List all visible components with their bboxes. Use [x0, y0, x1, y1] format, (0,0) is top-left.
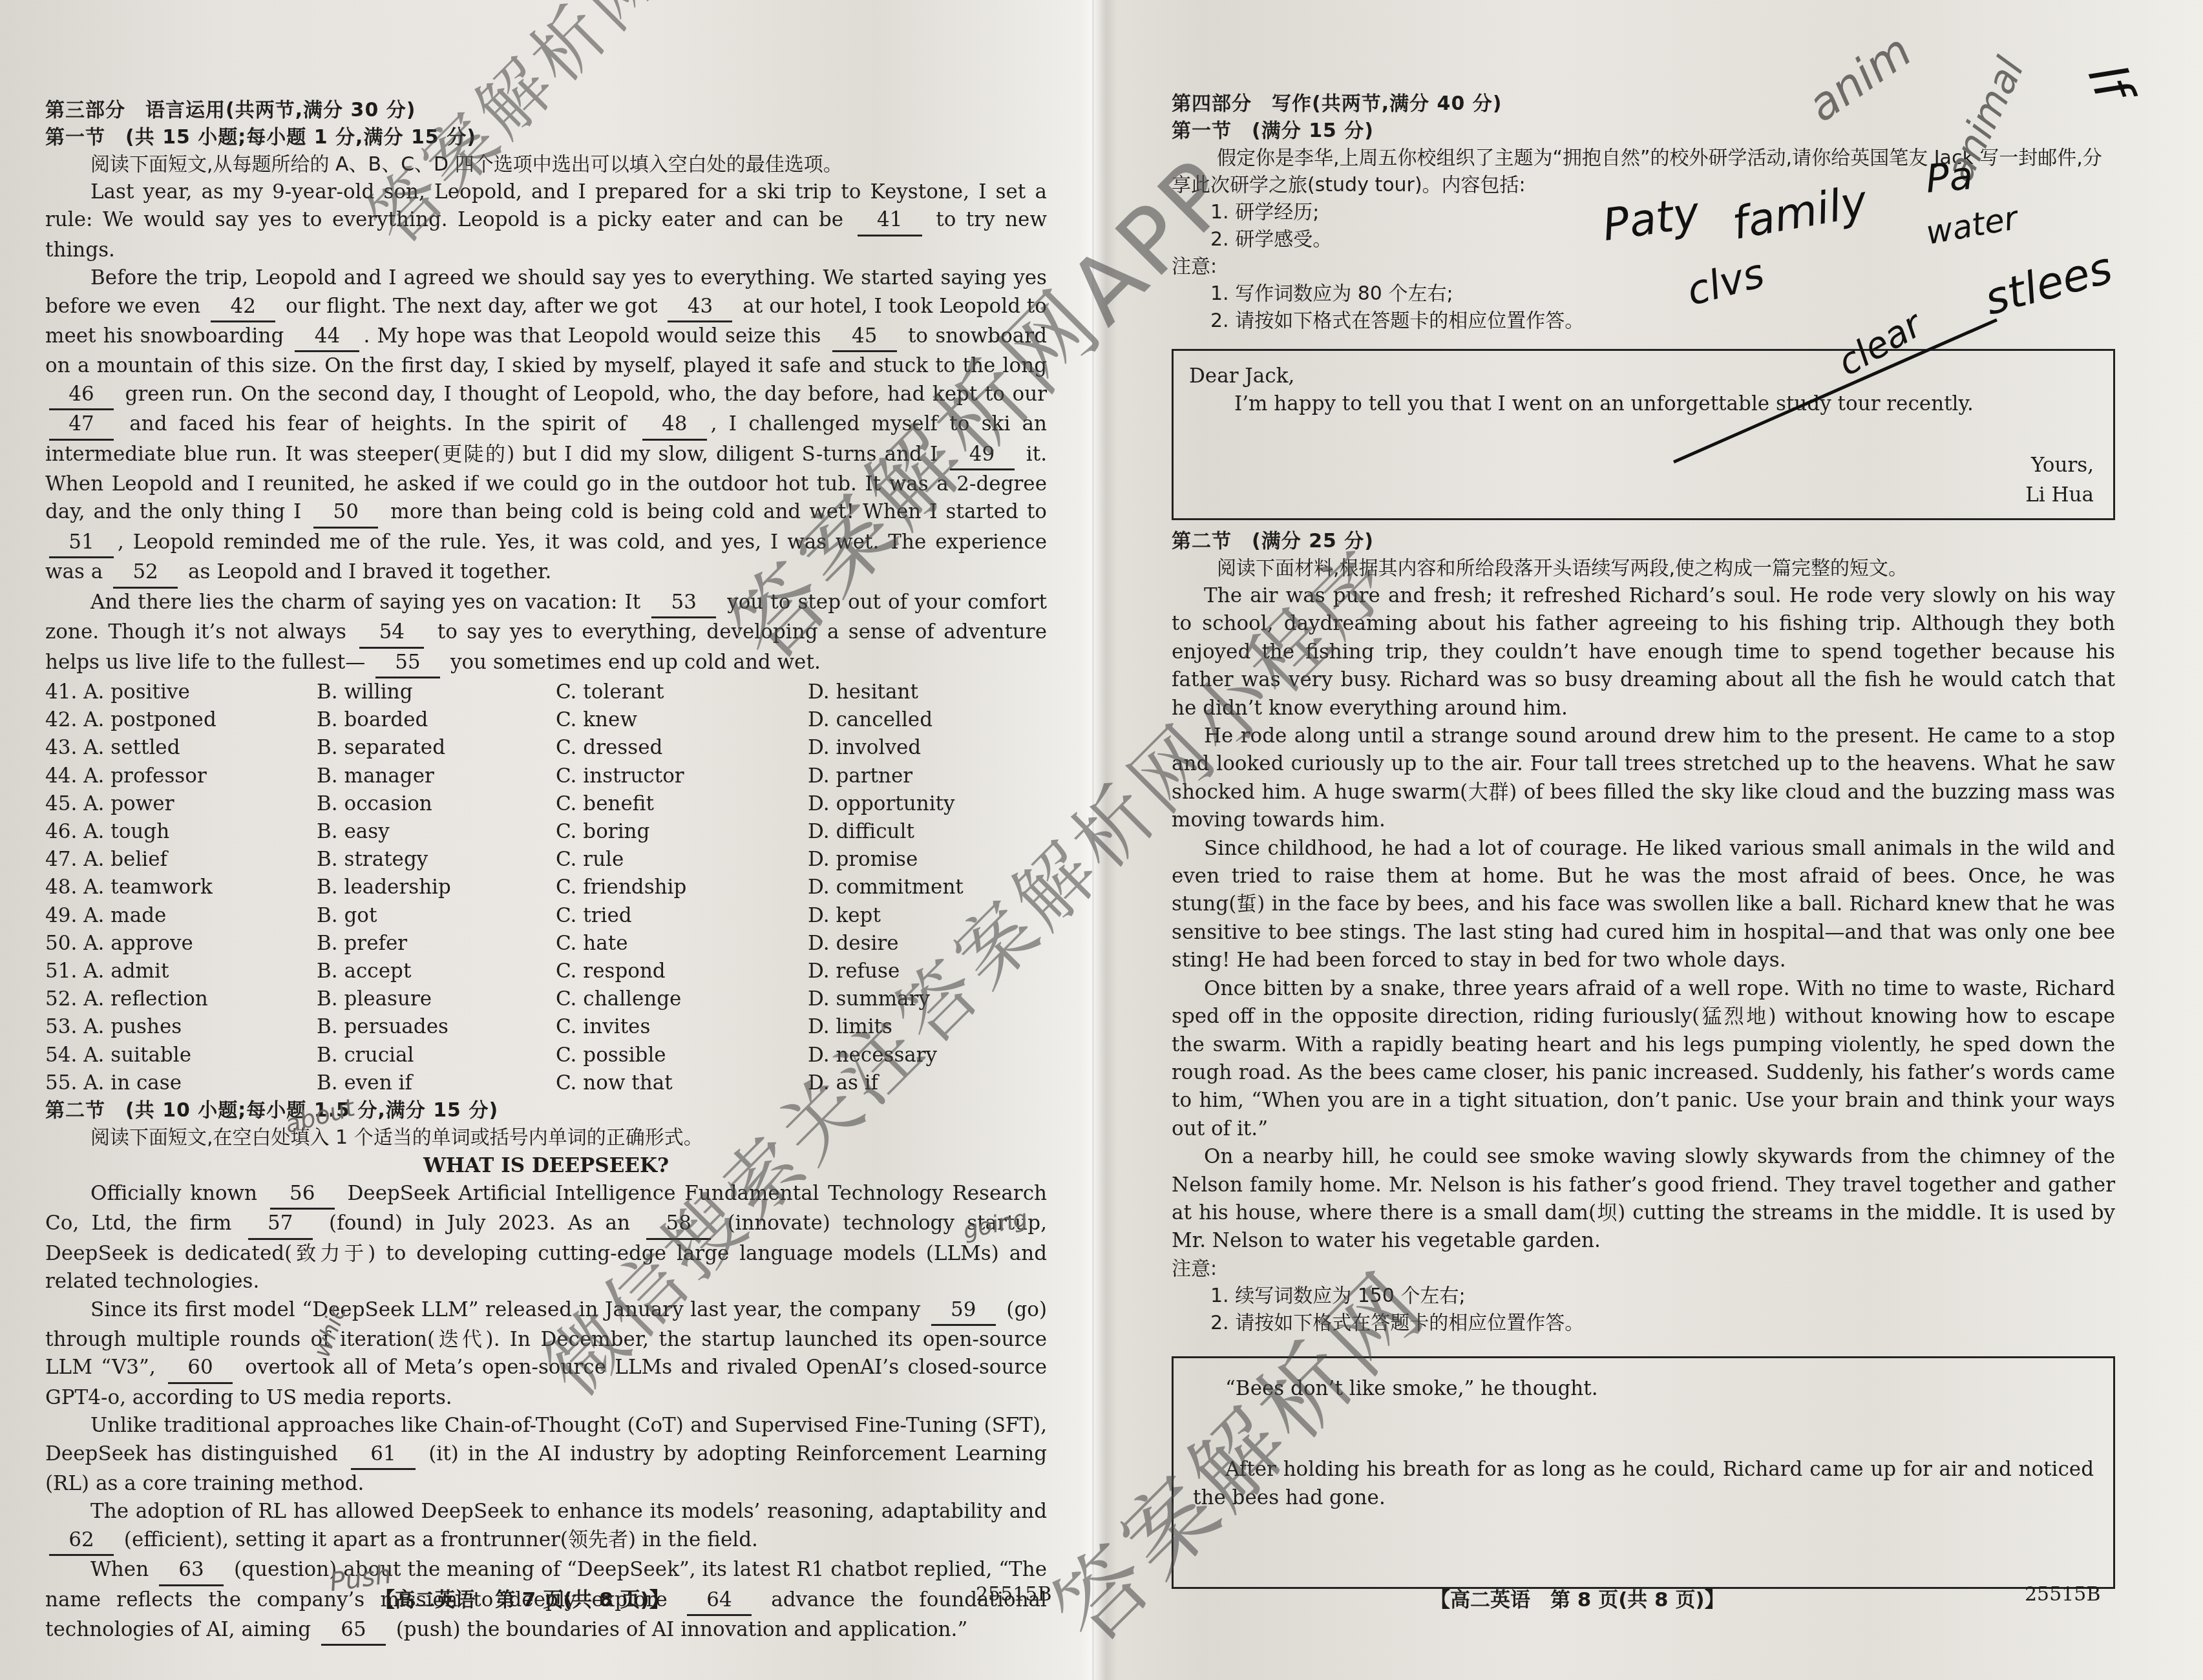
exam-page-7: 第三部分 语言运用(共两节,满分 30 分) 第一节 (共 15 小题;每小题 … [0, 0, 1092, 1680]
blank-50[interactable]: 50 [313, 498, 378, 528]
option-50-c[interactable]: C. hate [556, 930, 808, 958]
story-paragraph: The air was pure and fresh; it refreshed… [1172, 582, 2115, 722]
option-55-b[interactable]: B. even if [317, 1069, 556, 1097]
exam-page-8: 第四部分 写作(共两节,满分 40 分) 第一节 (满分 15 分) 假定你是李… [1092, 0, 2203, 1680]
passage-paragraph: Since its first model “DeepSeek LLM” rel… [45, 1296, 1047, 1412]
option-46-a[interactable]: 46. A. tough [45, 818, 317, 846]
story-paragraph: Once bitten by a snake, three years afra… [1172, 975, 2115, 1143]
option-54-b[interactable]: B. crucial [317, 1042, 556, 1069]
passage-text: Since its first model “DeepSeek LLM” rel… [90, 1298, 927, 1321]
passage-text: And there lies the charm of saying yes o… [90, 591, 648, 614]
blank-62[interactable]: 62 [49, 1526, 114, 1556]
blank-45[interactable]: 45 [832, 322, 897, 352]
passage-text: and faced his fear of heights. In the sp… [118, 412, 638, 436]
option-45-d[interactable]: D. opportunity [808, 790, 1040, 818]
option-47-d[interactable]: D. promise [808, 846, 1040, 874]
option-47-b[interactable]: B. strategy [317, 846, 556, 874]
option-53-c[interactable]: C. invites [556, 1013, 808, 1041]
option-52-d[interactable]: D. summary [808, 985, 1040, 1013]
notes-label: 注意: [1172, 253, 2145, 280]
story-passage: The air was pure and fresh; it refreshed… [1172, 582, 2115, 1255]
option-44-d[interactable]: D. partner [808, 762, 1040, 790]
option-48-a[interactable]: 48. A. teamwork [45, 874, 317, 901]
passage-paragraph: Before the trip, Leopold and I agreed we… [45, 264, 1047, 588]
continuation-para2-start: After holding his breath for as long as … [1193, 1456, 2094, 1512]
option-53-d[interactable]: D. limits [808, 1013, 1040, 1041]
blank-56[interactable]: 56 [270, 1180, 335, 1210]
blank-61[interactable]: 61 [351, 1440, 416, 1470]
blank-54[interactable]: 54 [359, 618, 424, 648]
blank-51[interactable]: 51 [49, 529, 114, 558]
passage-text: you sometimes end up cold and wet. [444, 651, 821, 674]
option-42-b[interactable]: B. boarded [317, 706, 556, 734]
page-footer: 【高二英语 第 7 页(共 8 页)】 25515B [0, 1583, 1092, 1680]
passage-text: When [90, 1558, 155, 1581]
writing-point-2: 2. 研学感受。 [1172, 226, 2145, 253]
option-51-a[interactable]: 51. A. admit [45, 958, 317, 985]
option-51-d[interactable]: D. refuse [808, 958, 1040, 985]
option-41-a[interactable]: 41. A. positive [45, 678, 317, 706]
option-43-b[interactable]: B. separated [317, 734, 556, 762]
footer-page-label: 【高二英语 第 7 页(共 8 页)】 [375, 1583, 669, 1612]
passage-text: as Leopold and I braved it together. [182, 560, 551, 583]
passage-paragraph: And there lies the charm of saying yes o… [45, 589, 1047, 678]
option-52-a[interactable]: 52. A. reflection [45, 985, 317, 1013]
blank-43[interactable]: 43 [668, 293, 732, 322]
passage-text: (efficient), setting it apart as a front… [118, 1528, 758, 1551]
option-41-c[interactable]: C. tolerant [556, 678, 808, 706]
footer-code-right: 25515B [2025, 1583, 2100, 1606]
cloze-passage: Last year, as my 9-year-old son, Leopold… [45, 178, 1047, 678]
blank-53[interactable]: 53 [651, 589, 716, 618]
blank-41[interactable]: 41 [858, 206, 922, 236]
writing-section2-heading: 第二节 (满分 25 分) [1172, 528, 2145, 555]
blank-47[interactable]: 47 [49, 410, 114, 440]
option-50-a[interactable]: 50. A. approve [45, 930, 317, 958]
continuation-answer-box: “Bees don’t like smoke,” he thought. Aft… [1172, 1356, 2115, 1589]
blank-48[interactable]: 48 [642, 410, 707, 440]
option-44-a[interactable]: 44. A. professor [45, 762, 317, 790]
blank-57[interactable]: 57 [248, 1210, 313, 1239]
option-49-c[interactable]: C. tried [556, 902, 808, 930]
option-53-a[interactable]: 53. A. pushes [45, 1013, 317, 1041]
continuation-note-2: 2. 请按如下格式在答题卡的相应位置作答。 [1172, 1310, 2145, 1337]
passage-title: WHAT IS DEEPSEEK? [45, 1151, 1047, 1180]
footer-code: 25515B [976, 1583, 1051, 1606]
story-paragraph: He rode along until a strange sound arou… [1172, 722, 2115, 835]
section1-instruction: 阅读下面短文,从每题所给的 A、B、C、D 四个选项中选出可以填入空白处的最佳选… [45, 151, 1047, 178]
option-49-b[interactable]: B. got [317, 902, 556, 930]
option-54-c[interactable]: C. possible [556, 1042, 808, 1069]
option-47-c[interactable]: C. rule [556, 846, 808, 874]
option-42-d[interactable]: D. cancelled [808, 706, 1040, 734]
notes-label-2: 注意: [1172, 1255, 2145, 1283]
passage-text: more than being cold is being cold and w… [382, 500, 1047, 523]
option-51-b[interactable]: B. accept [317, 958, 556, 985]
passage-text: Officially known [90, 1182, 266, 1205]
blank-49[interactable]: 49 [950, 441, 1015, 470]
option-48-b[interactable]: B. leadership [317, 874, 556, 901]
passage-paragraph: Officially known 56 DeepSeek Artificial … [45, 1180, 1047, 1296]
blank-55[interactable]: 55 [375, 649, 440, 678]
option-43-a[interactable]: 43. A. settled [45, 734, 317, 762]
option-48-d[interactable]: D. commitment [808, 874, 1040, 901]
option-47-a[interactable]: 47. A. belief [45, 846, 317, 874]
blank-58[interactable]: 58 [646, 1210, 711, 1239]
story-paragraph: Since childhood, he had a lot of courage… [1172, 835, 2115, 975]
passage-text: . My hope was that Leopold would seize t… [363, 324, 828, 348]
option-46-d[interactable]: D. difficult [808, 818, 1040, 846]
option-50-b[interactable]: B. prefer [317, 930, 556, 958]
continuation-para1-start: “Bees don’t like smoke,” he thought. [1193, 1375, 2094, 1403]
story-paragraph: On a nearby hill, he could see smoke wav… [1172, 1143, 2115, 1255]
blank-44[interactable]: 44 [295, 322, 359, 352]
option-44-c[interactable]: C. instructor [556, 762, 808, 790]
option-45-b[interactable]: B. occasion [317, 790, 556, 818]
blank-46[interactable]: 46 [49, 381, 114, 410]
option-55-a[interactable]: 55. A. in case [45, 1069, 317, 1097]
option-45-a[interactable]: 45. A. power [45, 790, 317, 818]
blank-52[interactable]: 52 [113, 558, 178, 588]
section2-heading: 第二节 (共 10 小题;每小题 1.5 分,满分 15 分) [45, 1097, 1047, 1124]
continuation-instruction: 阅读下面材料,根据其内容和所给段落开头语续写两段,使之构成一篇完整的短文。 [1172, 555, 2145, 582]
writing-prompt: 假定你是李华,上周五你校组织了主题为“拥抱自然”的校外研学活动,请你给英国笔友 … [1172, 145, 2109, 199]
part3-heading: 第三部分 语言运用(共两节,满分 30 分) [45, 97, 1047, 124]
handwriting-strike-line [1661, 310, 2081, 472]
option-54-a[interactable]: 54. A. suitable [45, 1042, 317, 1069]
option-53-b[interactable]: B. persuades [317, 1013, 556, 1041]
writing-point-1: 1. 研学经历; [1172, 199, 2145, 226]
option-54-d[interactable]: D. necessary [808, 1042, 1040, 1069]
option-43-d[interactable]: D. involved [808, 734, 1040, 762]
blank-42[interactable]: 42 [211, 293, 275, 322]
option-55-d[interactable]: D. as if [808, 1069, 1040, 1097]
option-44-b[interactable]: B. manager [317, 762, 556, 790]
letter-signature: Li Hua [2025, 481, 2094, 509]
option-42-a[interactable]: 42. A. postponed [45, 706, 317, 734]
option-52-b[interactable]: B. pleasure [317, 985, 556, 1013]
passage-paragraph: Unlike traditional approaches like Chain… [45, 1412, 1047, 1498]
blank-60[interactable]: 60 [168, 1354, 233, 1383]
passage-text: The adoption of RL has allowed DeepSeek … [90, 1500, 1047, 1523]
option-46-b[interactable]: B. easy [317, 818, 556, 846]
part4-heading: 第四部分 写作(共两节,满分 40 分) [1172, 90, 2145, 118]
blank-59[interactable]: 59 [931, 1296, 996, 1326]
option-41-d[interactable]: D. hesitant [808, 678, 1040, 706]
blank-63[interactable]: 63 [159, 1556, 224, 1586]
option-52-c[interactable]: C. challenge [556, 985, 808, 1013]
passage-paragraph: The adoption of RL has allowed DeepSeek … [45, 1498, 1047, 1556]
passage-text: our flight. The next day, after we got [279, 295, 664, 318]
option-55-c[interactable]: C. now that [556, 1069, 808, 1097]
option-48-c[interactable]: C. friendship [556, 874, 808, 901]
writing-note-1: 1. 写作词数应为 80 个左右; [1172, 280, 2145, 308]
option-49-a[interactable]: 49. A. made [45, 902, 317, 930]
passage-paragraph: Last year, as my 9-year-old son, Leopold… [45, 178, 1047, 264]
option-43-c[interactable]: C. dressed [556, 734, 808, 762]
footer-page-label-right: 【高二英语 第 8 页(共 8 页)】 [1430, 1583, 1725, 1612]
option-42-c[interactable]: C. knew [556, 706, 808, 734]
writing-section1-heading: 第一节 (满分 15 分) [1172, 118, 2145, 145]
section1-heading: 第一节 (共 15 小题;每小题 1 分,满分 15 分) [45, 124, 1047, 151]
cloze-options: 41. A. positiveB. willingC. tolerantD. h… [45, 678, 1047, 1097]
grammar-passage: Officially known 56 DeepSeek Artificial … [45, 1180, 1047, 1646]
option-45-c[interactable]: C. benefit [556, 790, 808, 818]
section2-instruction: 阅读下面短文,在空白处填入 1 个适当的单词或括号内单词的正确形式。 [45, 1124, 1047, 1151]
passage-text: green run. On the second day, I thought … [118, 383, 1047, 406]
passage-text: (found) in July 2023. As an [317, 1212, 642, 1235]
continuation-note-1: 1. 续写词数应为 150 个左右; [1172, 1283, 2145, 1310]
option-41-b[interactable]: B. willing [317, 678, 556, 706]
option-50-d[interactable]: D. desire [808, 930, 1040, 958]
page-footer-right: 【高二英语 第 8 页(共 8 页)】 25515B [1094, 1583, 2203, 1680]
option-49-d[interactable]: D. kept [808, 902, 1040, 930]
option-51-c[interactable]: C. respond [556, 958, 808, 985]
option-46-c[interactable]: C. boring [556, 818, 808, 846]
